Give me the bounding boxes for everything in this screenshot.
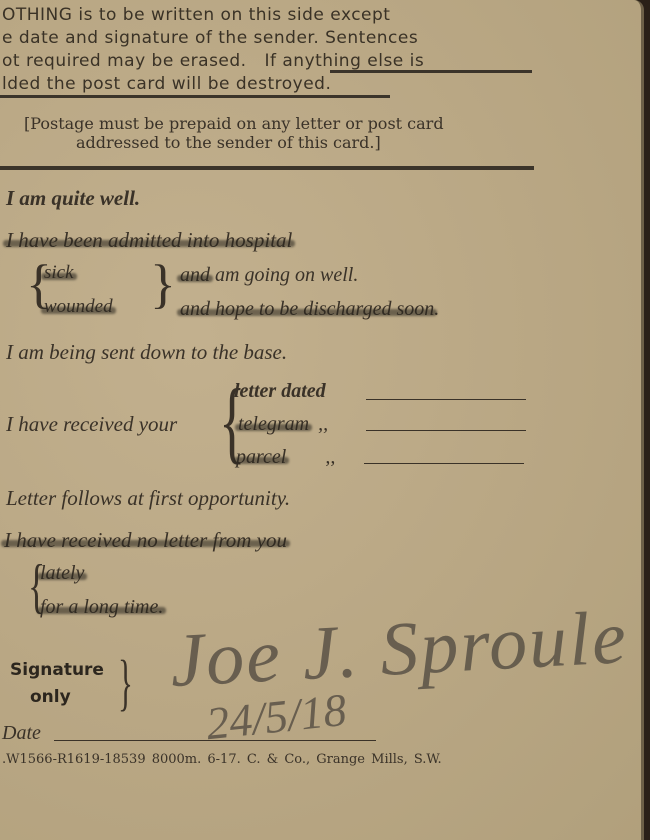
quite-well-text: I am quite well. (6, 186, 140, 210)
item-letter-dated: letter dated (234, 380, 326, 403)
parcel-date-blank (364, 463, 524, 464)
wounded-text: wounded (44, 296, 113, 317)
notice-line-3: ot required may be erased. If anything e… (2, 50, 424, 72)
long-time-text: for a long time. (40, 596, 163, 618)
item-parcel: parcel ,, (236, 446, 335, 469)
field-service-postcard: OTHING is to be written on this side exc… (0, 0, 644, 840)
letter-date-blank (366, 399, 526, 400)
condition-sick: sick (44, 262, 74, 284)
right-brace-condition: } (150, 257, 176, 311)
statement-quite-well: I am quite well. (6, 186, 140, 211)
statement-received-your: I have received your (6, 412, 177, 437)
print-code: .W1566-R1619-18539 8000m. 6-17. C. & Co.… (2, 752, 442, 767)
parcel-text: parcel (236, 446, 286, 468)
condition-wounded: wounded (44, 296, 113, 318)
and-text: and (180, 264, 210, 286)
no-letter-text: I have received no letter from you (4, 528, 287, 552)
letter-follows-text: Letter follows at first opportunity. (6, 486, 290, 510)
sick-text: sick (44, 262, 74, 283)
statement-hope-discharged: and hope to be discharged soon. (180, 298, 439, 321)
telegram-text: telegram (238, 413, 309, 435)
postage-note-line-2: addressed to the sender of this card.] (76, 133, 381, 152)
lately-text: lately (40, 562, 84, 584)
signature-label-line-1: Signature (10, 660, 104, 680)
sent-to-base-text: I am being sent down to the base. (6, 340, 287, 364)
statement-admitted-hospital: I have been admitted into hospital (6, 228, 292, 253)
letter-dated-text: letter dated (234, 380, 326, 402)
notice-underlined-fragment: If anything else is (264, 51, 424, 71)
signature-label-line-2: only (30, 687, 71, 707)
option-long-time: for a long time. (40, 596, 163, 619)
notice-line-4: lded the post card will be destroyed. (2, 73, 331, 95)
statement-letter-follows: Letter follows at first opportunity. (6, 486, 290, 511)
signature-brace: } (118, 652, 133, 714)
going-on-well-text: am going on well. (215, 264, 358, 286)
received-your-text: I have received your (6, 412, 177, 436)
notice-underline-1 (330, 70, 532, 73)
admitted-hospital-text: I have been admitted into hospital (6, 228, 292, 252)
hope-discharged-text: and hope to be discharged soon (180, 298, 434, 320)
section-divider (0, 166, 534, 170)
notice-line-3-text: ot required may be erased. (2, 51, 247, 71)
handwritten-signature: Joe J. Sproule (168, 594, 630, 705)
notice-line-2: e date and signature of the sender. Sent… (2, 27, 418, 49)
statement-sent-to-base: I am being sent down to the base. (6, 340, 287, 365)
telegram-ditto: ,, (318, 413, 328, 435)
postage-note-line-1: [Postage must be prepaid on any letter o… (24, 114, 444, 133)
date-label: Date (2, 722, 41, 745)
notice-underline-2 (0, 95, 390, 98)
statement-no-letter: I have received no letter from you (4, 528, 287, 553)
notice-line-1: OTHING is to be written on this side exc… (2, 4, 390, 26)
statement-going-on-well: and am going on well. (180, 264, 358, 287)
option-lately: lately (40, 562, 84, 585)
parcel-ditto: ,, (325, 446, 335, 468)
item-telegram: telegram ,, (238, 413, 328, 436)
telegram-date-blank (366, 430, 526, 431)
